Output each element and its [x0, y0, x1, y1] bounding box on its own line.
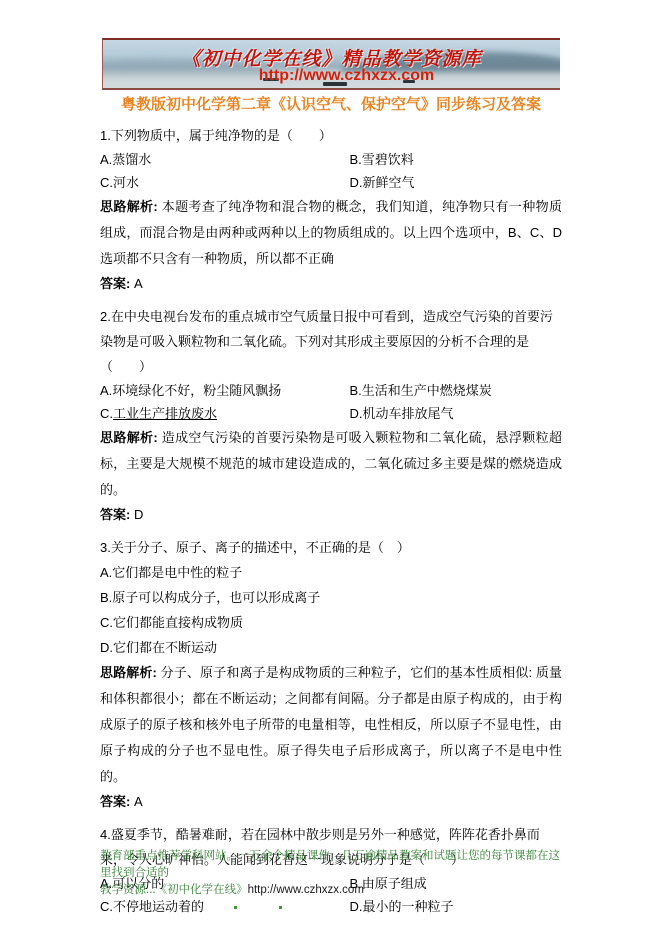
option-1a: A.蒸馏水 [100, 148, 349, 171]
option-key: C. [100, 899, 113, 914]
footer-line-2: 教学资源...《初中化学在线》http://www.czhxzx.com [100, 882, 568, 899]
option-key: D. [349, 406, 362, 421]
answer-value: A [134, 794, 143, 809]
question-2-stem: 2.在中央电视台发布的重点城市空气质量日报中可看到，造成空气污染的首要污染物是可… [100, 304, 562, 379]
option-key: B. [349, 383, 361, 398]
question-3-stem: 3.关于分子、原子、离子的描述中，不正确的是（ ） [100, 535, 562, 560]
option-text: 不停地运动着的 [113, 899, 204, 914]
answer-label: 答案: [100, 794, 130, 809]
question-3-answer: 答案: A [100, 790, 562, 814]
footer-site-name: 教学资源...《初中化学在线》 [100, 884, 248, 896]
analysis-text: 本题考查了纯净物和混合物的概念，我们知道，纯净物只有一种物质组成，而混合物是由两… [100, 199, 562, 266]
option-text: 它们都能直接构成物质 [113, 615, 243, 630]
analysis-label: 思路解析: [100, 665, 157, 680]
banner-site-url: http://www.czhxzx.com [133, 67, 560, 85]
answer-value: D [134, 507, 143, 522]
header-banner-image: 《初中化学在线》精品教学资源库 http://www.czhxzx.com [102, 38, 560, 90]
analysis-text: 分子、原子和离子是构成物质的三种粒子，它们的基本性质相似: 质量和体积都很小；都… [100, 665, 562, 784]
answer-label: 答案: [100, 507, 130, 522]
option-2b: B.生活和生产中燃烧煤炭 [349, 379, 562, 402]
option-text: 环境绿化不好，粉尘随风飘扬 [112, 383, 281, 398]
answer-value: A [134, 276, 143, 291]
option-text: 河水 [113, 175, 139, 190]
stray-mark [234, 906, 237, 909]
analysis-text: 造成空气污染的首要污染物是可吸入颗粒物和二氧化硫，悬浮颗粒超标，主要是大规模不规… [100, 430, 562, 497]
document-content: 《初中化学在线》精品教学资源库 http://www.czhxzx.com 粤教… [100, 38, 562, 918]
option-text: 它们都是电中性的粒子 [112, 565, 242, 580]
question-2: 2.在中央电视台发布的重点城市空气质量日报中可看到，造成空气污染的首要污染物是可… [100, 304, 562, 527]
option-text: 原子可以构成分子，也可以形成离子 [112, 590, 320, 605]
option-3d: D.它们都在不断运动 [100, 635, 562, 660]
footer-line-1: 教育部重点推荐学科网站。一万余个精品课件，几万逾精品教案和试题让您的每节课都在这… [100, 848, 568, 882]
option-2d: D.机动车排放尾气 [349, 402, 562, 425]
option-1c: C.河水 [100, 171, 349, 194]
option-key: D. [100, 640, 113, 655]
option-key: B. [349, 152, 361, 167]
question-3: 3.关于分子、原子、离子的描述中，不正确的是（ ） A.它们都是电中性的粒子 B… [100, 535, 562, 814]
option-key: B. [100, 590, 112, 605]
document-page: 《初中化学在线》精品教学资源库 http://www.czhxzx.com 粤教… [0, 0, 661, 935]
option-text: 雪碧饮料 [362, 152, 414, 167]
option-text: 蒸馏水 [112, 152, 151, 167]
option-key: D. [349, 175, 362, 190]
question-2-answer: 答案: D [100, 503, 562, 527]
question-1-options: A.蒸馏水 B.雪碧饮料 C.河水 D.新鲜空气 [100, 148, 562, 194]
option-key: C. [100, 406, 113, 421]
analysis-label: 思路解析: [100, 430, 158, 445]
option-1d: D.新鲜空气 [349, 171, 562, 194]
option-2c: C.工业生产排放废水 [100, 402, 349, 425]
question-1-answer: 答案: A [100, 272, 562, 296]
footer-site-url: http://www.czhxzx.com [248, 884, 364, 896]
option-key: A. [100, 565, 112, 580]
option-key: A. [100, 152, 112, 167]
page-footer: 教育部重点推荐学科网站。一万余个精品课件，几万逾精品教案和试题让您的每节课都在这… [100, 848, 568, 899]
option-text: 生活和生产中燃烧煤炭 [362, 383, 492, 398]
question-3-options: A.它们都是电中性的粒子 B.原子可以构成分子，也可以形成离子 C.它们都能直接… [100, 560, 562, 660]
option-text: 机动车排放尾气 [362, 406, 453, 421]
option-3b: B.原子可以构成分子，也可以形成离子 [100, 585, 562, 610]
option-key: C. [100, 175, 113, 190]
stray-mark [279, 906, 282, 909]
analysis-label: 思路解析: [100, 199, 158, 214]
question-3-analysis: 思路解析: 分子、原子和离子是构成物质的三种粒子，它们的基本性质相似: 质量和体… [100, 660, 562, 790]
question-2-options: A.环境绿化不好，粉尘随风飘扬 B.生活和生产中燃烧煤炭 C.工业生产排放废水 … [100, 379, 562, 425]
option-3c: C.它们都能直接构成物质 [100, 610, 562, 635]
answer-label: 答案: [100, 276, 130, 291]
option-3a: A.它们都是电中性的粒子 [100, 560, 562, 585]
option-2a: A.环境绿化不好，粉尘随风飘扬 [100, 379, 349, 402]
option-text: 它们都在不断运动 [113, 640, 217, 655]
option-text: 最小的一种粒子 [362, 899, 453, 914]
option-key: A. [100, 383, 112, 398]
question-1-analysis: 思路解析: 本题考查了纯净物和混合物的概念，我们知道，纯净物只有一种物质组成，而… [100, 194, 562, 272]
question-1: 1.下列物质中，属于纯净物的是（ ） A.蒸馏水 B.雪碧饮料 C.河水 D.新… [100, 123, 562, 296]
question-2-analysis: 思路解析: 造成空气污染的首要污染物是可吸入颗粒物和二氧化硫，悬浮颗粒超标，主要… [100, 425, 562, 503]
question-1-stem: 1.下列物质中，属于纯净物的是（ ） [100, 123, 562, 148]
option-text: 新鲜空气 [362, 175, 414, 190]
option-1b: B.雪碧饮料 [349, 148, 562, 171]
page-title: 粤教版初中化学第二章《认识空气、保护空气》同步练习及答案 [100, 95, 562, 115]
option-text-underlined: 工业生产排放废水 [113, 406, 217, 421]
option-key: C. [100, 615, 113, 630]
option-key: D. [349, 899, 362, 914]
